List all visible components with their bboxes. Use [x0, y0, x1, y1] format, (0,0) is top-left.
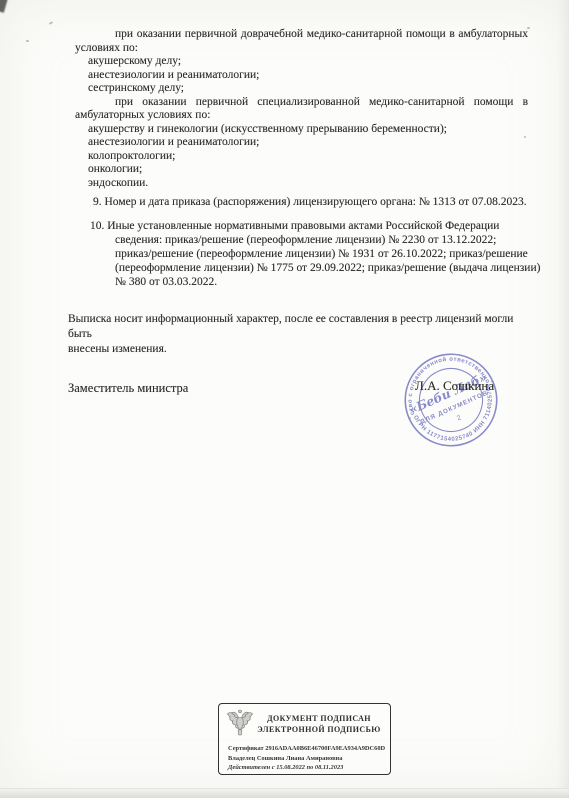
doc-line: амбулаторных условиях по: [75, 109, 528, 123]
scan-speck [49, 21, 53, 25]
doc-line: анестезиологии и реаниматологии; [88, 69, 528, 83]
esign-certificate: Сертификат 2916ADAA0B6E46700FA9EA934A9DC… [228, 744, 390, 754]
stamp-number: 2 [456, 414, 463, 422]
doc-line: при оказании первичной специализированно… [75, 96, 528, 110]
doc-line: онкологии; [88, 163, 528, 177]
item-10-line: 10. Иные установленные нормативными прав… [90, 219, 528, 233]
coat-of-arms-icon [226, 708, 254, 739]
item-10-line: приказ/решение (переоформление лицензии)… [115, 247, 528, 261]
item-10: 10. Иные установленные нормативными прав… [75, 219, 528, 290]
item-10-line: (переоформление лицензии) № 1775 от 29.0… [115, 261, 528, 275]
electronic-signature-box: ДОКУМЕНТ ПОДПИСАН ЭЛЕКТРОННОЙ ПОДПИСЬЮ С… [218, 703, 391, 775]
item-10-line: № 380 от 03.03.2022. [115, 275, 528, 289]
esign-details: Сертификат 2916ADAA0B6E46700FA9EA934A9DC… [219, 739, 390, 773]
esign-title-line2: ЭЛЕКТРОННОЙ ПОДПИСЬЮ [254, 725, 384, 736]
doc-line: колопроктологии; [88, 150, 528, 164]
signer-title: Заместитель министра [68, 381, 188, 395]
esign-validity: Действителен с 15.08.2022 по 08.11.2023 [228, 763, 390, 773]
scan-bottom-edge [0, 788, 569, 798]
doc-line: условиях по: [75, 42, 528, 56]
doc-line: акушерскому делу; [88, 55, 528, 69]
item-10-line: сведения: приказ/решение (переоформление… [115, 233, 528, 247]
scan-corner-artifact [0, 0, 8, 13]
esign-owner: Владелец Сошкина Лиана Амирановна [228, 754, 390, 764]
signer-name: Л.А. Сошкина [415, 379, 494, 393]
esign-title: ДОКУМЕНТ ПОДПИСАН ЭЛЕКТРОННОЙ ПОДПИСЬЮ [254, 714, 384, 735]
doc-line: акушерству и гинекологии (искусственному… [88, 123, 528, 137]
scan-edge-shadow [557, 0, 569, 798]
doc-line: эндоскопии. [88, 177, 528, 191]
doc-line: сестринскому делу; [88, 82, 528, 96]
scanned-license-page: при оказании первичной доврачебной медик… [0, 0, 569, 798]
doc-line: при оказании первичной доврачебной медик… [75, 28, 528, 42]
esign-header: ДОКУМЕНТ ПОДПИСАН ЭЛЕКТРОННОЙ ПОДПИСЬЮ [219, 704, 390, 739]
item-9: 9. Номер и дата приказа (распоряжения) л… [93, 196, 528, 210]
doc-line: анестезиологии и реаниматологии; [88, 136, 528, 150]
scan-speck [26, 40, 29, 42]
esign-title-line1: ДОКУМЕНТ ПОДПИСАН [254, 714, 384, 725]
